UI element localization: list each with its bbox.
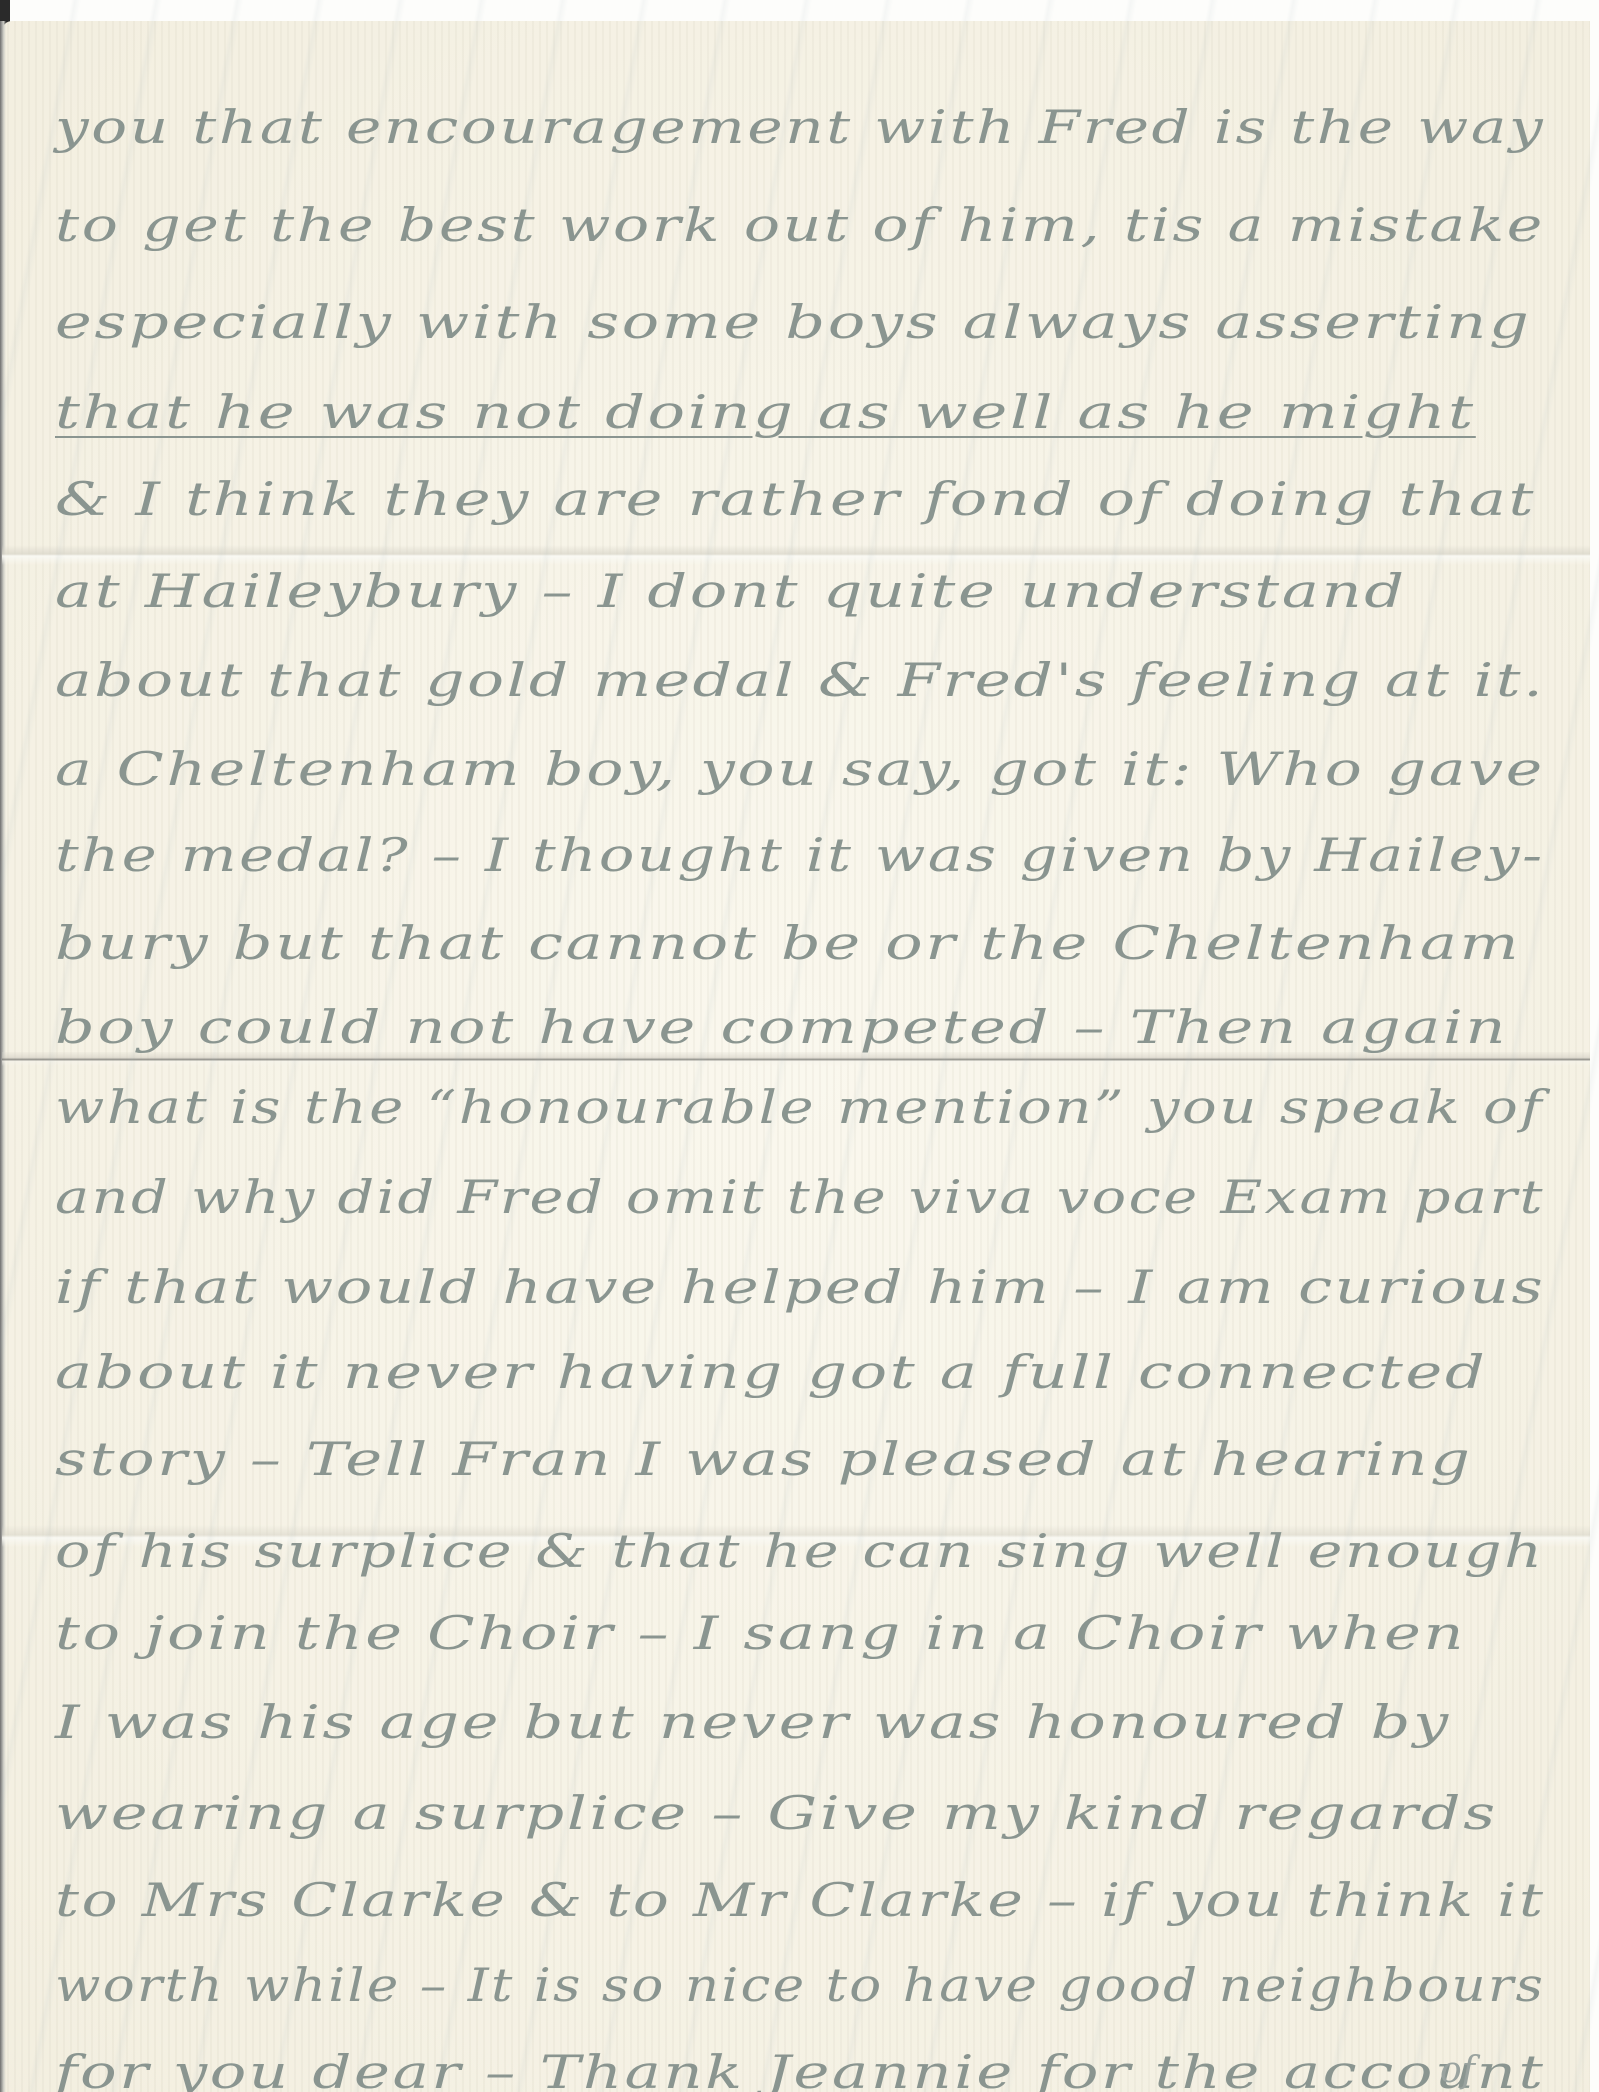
letter-line-6: at Haileybury – I dont quite understand bbox=[55, 564, 1407, 618]
letter-line-12: what is the “honourable mention” you spe… bbox=[55, 1080, 1544, 1134]
letter-line-4: that he was not doing as well as he migh… bbox=[55, 385, 1476, 439]
letter-line-21: to Mrs Clarke & to Mr Clarke – if you th… bbox=[55, 1873, 1546, 1927]
fold-line-upper bbox=[2, 545, 1590, 565]
letter-line-20: wearing a surplice – Give my kind regard… bbox=[55, 1786, 1498, 1840]
bottom-page-mark: of bbox=[1440, 2050, 1475, 2091]
letter-line-9: the medal? – I thought it was given by H… bbox=[55, 828, 1545, 882]
letter-line-22: worth while – It is so nice to have good… bbox=[55, 1958, 1545, 2012]
letter-line-23: for you dear – Thank Jeannie for the acc… bbox=[55, 2045, 1545, 2092]
letter-line-14: if that would have helped him – I am cur… bbox=[55, 1260, 1545, 1314]
letter-line-19: I was his age but never was honoured by bbox=[55, 1695, 1451, 1749]
letter-line-1: you that encouragement with Fred is the … bbox=[55, 100, 1545, 154]
letter-line-15: about it never having got a full connect… bbox=[55, 1345, 1487, 1399]
letter-line-13: and why did Fred omit the viva voce Exam… bbox=[55, 1170, 1545, 1224]
letter-line-17: of his surplice & that he can sing well … bbox=[55, 1524, 1545, 1578]
letter-line-10: bury but that cannot be or the Cheltenha… bbox=[55, 916, 1521, 970]
letter-line-11: boy could not have competed – Then again bbox=[55, 1000, 1508, 1054]
letter-line-7: about that gold medal & Fred's feeling a… bbox=[55, 653, 1545, 707]
letter-line-18: to join the Choir – I sang in a Choir wh… bbox=[55, 1606, 1466, 1660]
letter-line-2: to get the best work out of him, tis a m… bbox=[55, 198, 1545, 252]
letter-line-3: especially with some boys always asserti… bbox=[55, 295, 1531, 349]
letter-line-16: story – Tell Fran I was pleased at heari… bbox=[55, 1432, 1473, 1486]
letter-line-8: a Cheltenham boy, you say, got it: Who g… bbox=[55, 742, 1545, 796]
letter-line-5: & I think they are rather fond of doing … bbox=[55, 472, 1536, 526]
fold-line-middle bbox=[2, 1052, 1590, 1066]
